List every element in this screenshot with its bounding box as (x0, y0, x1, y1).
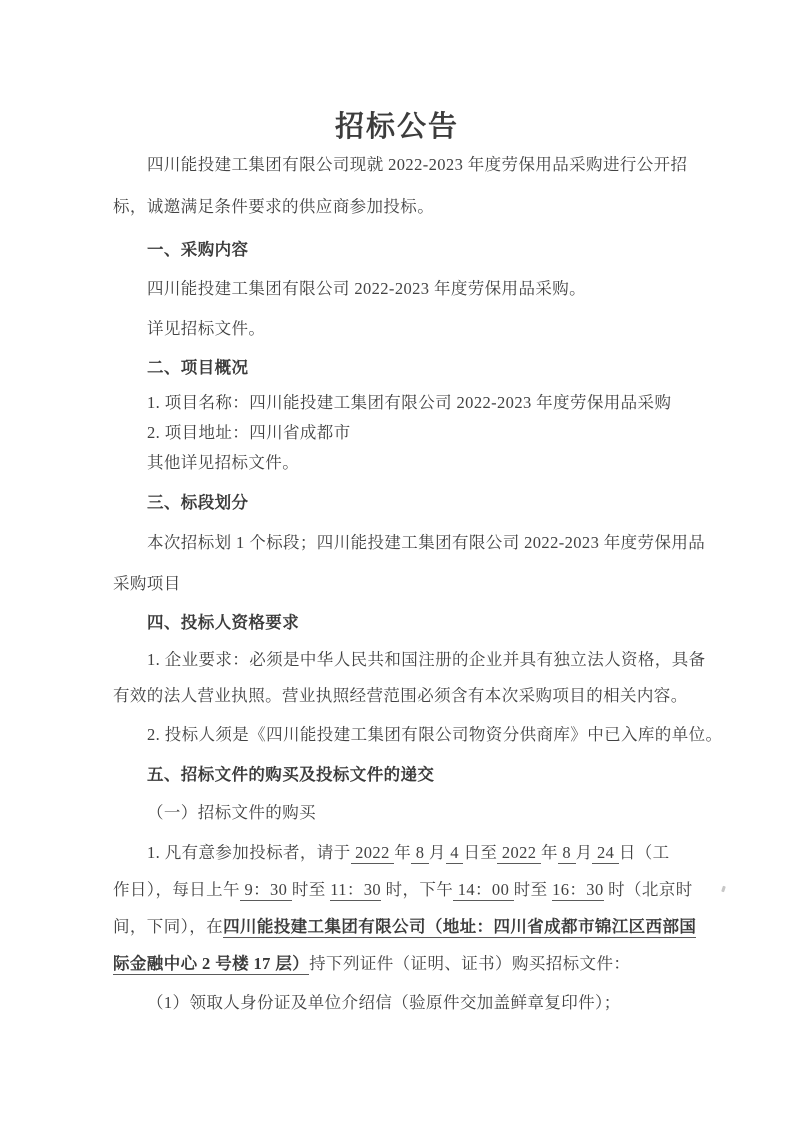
text-line: 本次招标划 1 个标段；四川能投建工集团有限公司 2022-2023 年度劳保用… (113, 531, 747, 555)
section-heading: 三、标段划分 (113, 491, 747, 515)
text-segment: 详见招标文件。 (147, 319, 265, 338)
text-segment: 年 (394, 843, 411, 862)
text-segment: （1）领取人身份证及单位介绍信（验原件交加盖鲜章复印件）； (147, 993, 621, 1012)
text-segment: 时（北京时 (604, 880, 693, 899)
text-segment: 四川能投建工集团有限公司（地址：四川省成都市锦江区西部国 (223, 917, 696, 938)
text-line: （1）领取人身份证及单位介绍信（验原件交加盖鲜章复印件）； (113, 991, 747, 1015)
text-line: 有效的法人营业执照。营业执照经营范围必须含有本次采购项目的相关内容。 (113, 684, 713, 708)
text-segment: 年 (541, 843, 558, 862)
text-segment: 2022 (497, 843, 541, 864)
text-segment: 其他详见招标文件。 (147, 453, 299, 472)
text-line: 四川能投建工集团有限公司现就 2022-2023 年度劳保用品采购进行公开招 (113, 153, 747, 177)
text-segment: 采购项目 (113, 574, 181, 593)
text-segment: 标，诚邀满足条件要求的供应商参加投标。 (113, 197, 434, 216)
document-page: 招标公告 四川能投建工集团有限公司现就 2022-2023 年度劳保用品采购进行… (0, 0, 794, 1122)
text-segment: 二、项目概况 (147, 358, 248, 377)
text-segment: 16：30 (552, 880, 604, 901)
text-segment: 2. 项目地址：四川省成都市 (147, 423, 351, 442)
text-segment: 时，下午 (381, 880, 453, 899)
section-heading: 四、投标人资格要求 (113, 611, 747, 635)
text-segment: （一）招标文件的购买 (147, 803, 316, 822)
text-segment: 11：30 (330, 880, 381, 901)
text-segment: 一、采购内容 (147, 240, 248, 259)
text-line: 1. 凡有意参加投标者，请于 2022 年 8 月 4 日至 2022 年 8 … (113, 841, 747, 865)
text-segment: 间，下同），在 (113, 917, 223, 936)
text-line: 1. 企业要求：必须是中华人民共和国注册的企业并具有独立法人资格，具备 (113, 648, 747, 672)
text-line: 详见招标文件。 (113, 317, 747, 341)
text-segment: 14：00 (453, 880, 514, 901)
text-line: 1. 项目名称：四川能投建工集团有限公司 2022-2023 年度劳保用品采购 (113, 391, 747, 415)
text-segment: 日（工 (619, 843, 670, 862)
text-segment: 四川能投建工集团有限公司现就 2022-2023 年度劳保用品采购进行公开招 (147, 155, 687, 174)
text-segment: 8 (558, 843, 576, 864)
text-segment: 2022 (351, 843, 395, 864)
text-segment: 四、投标人资格要求 (147, 613, 299, 632)
text-segment: 四川能投建工集团有限公司 2022-2023 年度劳保用品采购。 (147, 279, 586, 298)
text-line: 采购项目 (113, 572, 713, 596)
text-line: 2. 投标人须是《四川能投建工集团有限公司物资分供商库》中已入库的单位。 (113, 723, 747, 747)
text-segment: 本次招标划 1 个标段；四川能投建工集团有限公司 2022-2023 年度劳保用… (147, 533, 705, 552)
text-line: 际金融中心 2 号楼 17 层）持下列证件（证明、证书）购买招标文件： (113, 952, 713, 976)
page-title: 招标公告 (0, 104, 794, 145)
text-line: 作日），每日上午 9：30 时至 11：30 时，下午 14：00 时至 16：… (113, 878, 713, 902)
text-segment: 9：30 (240, 880, 292, 901)
text-line: 间，下同），在四川能投建工集团有限公司（地址：四川省成都市锦江区西部国 (113, 915, 713, 939)
text-segment: 时至 (514, 880, 552, 899)
scan-artifact (721, 886, 726, 893)
text-line: 四川能投建工集团有限公司 2022-2023 年度劳保用品采购。 (113, 277, 747, 301)
text-segment: 1. 凡有意参加投标者，请于 (147, 843, 351, 862)
text-segment: 月 (429, 843, 446, 862)
text-segment: 4 (446, 843, 464, 864)
text-segment: 月 (576, 843, 593, 862)
text-line: 标，诚邀满足条件要求的供应商参加投标。 (113, 195, 713, 219)
text-segment: 三、标段划分 (147, 493, 248, 512)
text-segment: 际金融中心 2 号楼 17 层） (113, 954, 309, 975)
text-segment: 作日），每日上午 (113, 880, 240, 899)
section-heading: 一、采购内容 (113, 238, 747, 262)
text-line: 2. 项目地址：四川省成都市 (113, 421, 747, 445)
text-segment: 日至 (463, 843, 497, 862)
text-segment: 24 (592, 843, 618, 864)
text-line: （一）招标文件的购买 (113, 801, 747, 825)
section-heading: 五、招标文件的购买及投标文件的递交 (113, 763, 747, 787)
text-segment: 持下列证件（证明、证书）购买招标文件： (309, 954, 630, 973)
text-segment: 时至 (292, 880, 330, 899)
text-segment: 8 (411, 843, 429, 864)
text-line: 其他详见招标文件。 (113, 451, 747, 475)
text-segment: 1. 企业要求：必须是中华人民共和国注册的企业并具有独立法人资格，具备 (147, 650, 706, 669)
text-segment: 2. 投标人须是《四川能投建工集团有限公司物资分供商库》中已入库的单位。 (147, 725, 722, 744)
text-segment: 有效的法人营业执照。营业执照经营范围必须含有本次采购项目的相关内容。 (113, 686, 688, 705)
text-segment: 1. 项目名称：四川能投建工集团有限公司 2022-2023 年度劳保用品采购 (147, 393, 671, 412)
text-segment: 五、招标文件的购买及投标文件的递交 (147, 765, 434, 784)
section-heading: 二、项目概况 (113, 356, 747, 380)
